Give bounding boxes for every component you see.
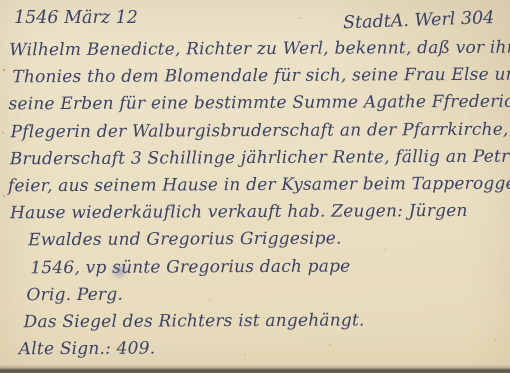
seal-note-line: Das Siegel des Richters ist angehängt.: [24, 307, 505, 337]
card-text: Wilhelm Benedicte, Richter zu Werl, beke…: [9, 35, 505, 364]
regest-line: Pflegerin der Walburgisbruderschaft an d…: [11, 116, 504, 146]
regest-line: Ewaldes und Gregorius Griggesipe.: [28, 225, 504, 255]
card-bottom-edge: [0, 364, 510, 373]
ink-smudge: [110, 263, 128, 280]
photographed-index-card: 1546 März 12 StadtA. Werl 304 Wilhelm Be…: [0, 0, 510, 373]
old-signature-line: Alte Sign.: 409.: [19, 334, 505, 364]
regest-line: feier, aus seinem Hause in der Kysamer b…: [8, 171, 504, 201]
regest-line: Hause wiederkäuflich verkauft hab. Zeuge…: [10, 198, 504, 228]
regest-line: seine Erben für eine bestimmte Summe Aga…: [8, 89, 503, 119]
date-heading: 1546 März 12: [14, 8, 138, 28]
regest-line: Bruderschaft 3 Schillinge jährlicher Ren…: [10, 143, 504, 173]
format-line: Orig. Perg.: [26, 279, 504, 309]
original-dating-line: 1546, vp sünte Gregorius dach pape: [30, 252, 504, 282]
regest-line: Wilhelm Benedicte, Richter zu Werl, beke…: [9, 35, 503, 65]
card-header: 1546 März 12 StadtA. Werl 304: [14, 8, 494, 28]
regest-line: Thonies tho dem Blomendale für sich, sei…: [12, 62, 503, 92]
